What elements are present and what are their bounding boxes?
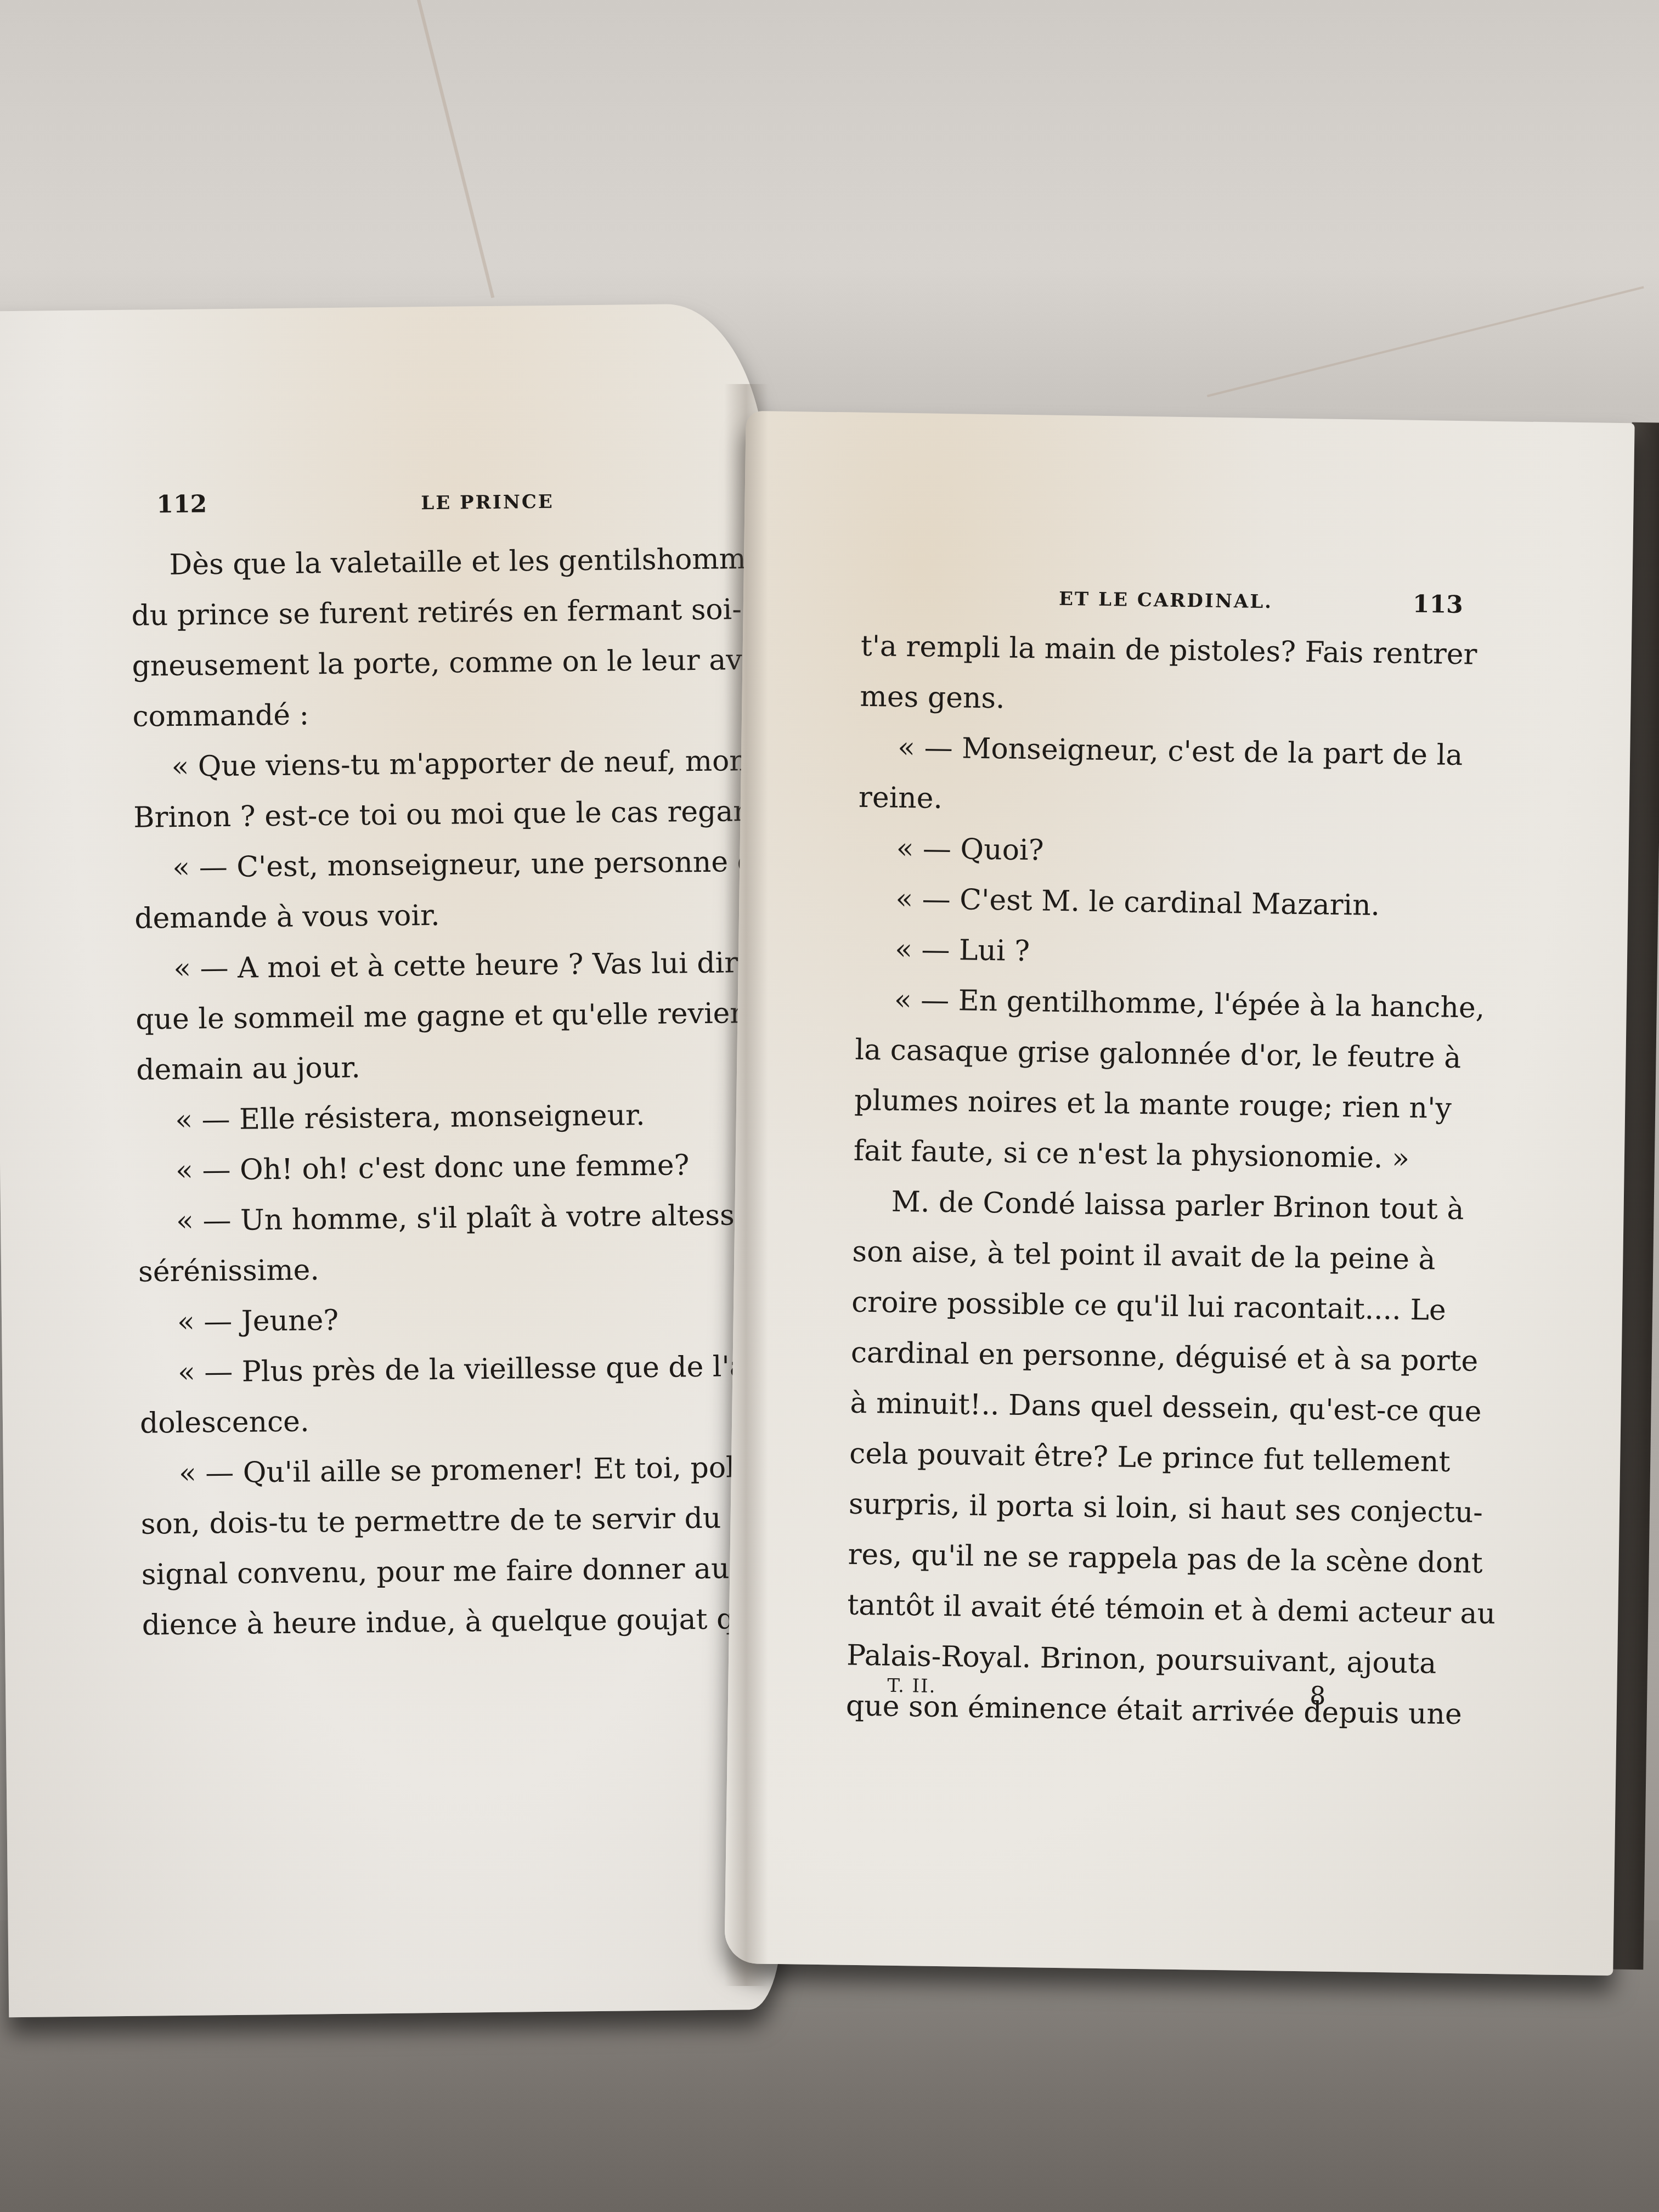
- text-line: que son éminence était arrivée depuis un…: [845, 1681, 1592, 1742]
- text-line: dience à heure indue, à quelque goujat q…: [142, 1594, 757, 1651]
- text-line: « Que viens-tu m'apporter de neuf, mon: [133, 736, 748, 793]
- text-line: « — Oh! oh! c'est donc une femme?: [137, 1139, 752, 1197]
- text-line: « — Qu'il aille se promener! Et toi, pol…: [140, 1442, 755, 1499]
- text-line: « — Elle résistera, monseigneur.: [137, 1089, 752, 1146]
- page-number: 113: [1413, 590, 1464, 619]
- text-line: Brinon ? est-ce toi ou moi que le cas re…: [133, 786, 748, 843]
- running-head: ET LE CARDINAL.: [1059, 588, 1273, 613]
- marble-vein: [417, 0, 494, 298]
- text-body: t'a rempli la main de pistoles? Fais ren…: [845, 621, 1607, 1742]
- marble-vein: [1207, 286, 1644, 397]
- left-page: 112 LE PRINCE Dès que la valetaille et l…: [0, 303, 782, 2018]
- text-line: « — A moi et à cette heure ? Vas lui dir…: [135, 938, 750, 995]
- text-line: « — C'est, monseigneur, une personne qui: [134, 837, 749, 894]
- text-line: que le sommeil me gagne et qu'elle revie…: [136, 988, 751, 1045]
- text-line: « — Plus près de la vieillesse que de l'…: [139, 1341, 754, 1398]
- text-line: gneusement la porte, comme on le leur av…: [132, 635, 747, 692]
- right-page: ET LE CARDINAL. 113 t'a rempli la main d…: [724, 411, 1634, 1976]
- text-line: demain au jour.: [136, 1039, 751, 1096]
- text-line: du prince se furent retirés en fermant s…: [131, 584, 746, 641]
- text-line: dolescence.: [140, 1392, 755, 1449]
- text-line: « — Monseigneur, c'est de la part de la: [859, 722, 1606, 783]
- text-line: sérénissime.: [138, 1240, 753, 1297]
- text-line: Dès que la valetaille et les gentilshomm…: [131, 534, 746, 591]
- text-line: « — Un homme, s'il plaît à votre altesse: [138, 1190, 753, 1247]
- page-number: 112: [156, 490, 207, 518]
- volume-signature: T. II.: [887, 1675, 936, 1697]
- text-line: commandé :: [132, 685, 747, 742]
- book-gutter: [724, 384, 768, 1986]
- text-line: « — Jeune?: [139, 1291, 754, 1348]
- text-line: son, dois-tu te permettre de te servir d…: [140, 1493, 755, 1550]
- gathering-number: 8: [1310, 1680, 1326, 1710]
- running-head: LE PRINCE: [421, 491, 554, 515]
- text-line: signal convenu, pour me faire donner au-: [141, 1543, 756, 1600]
- text-body: Dès que la valetaille et les gentilshomm…: [131, 534, 757, 1651]
- text-line: demande à vous voir.: [134, 887, 749, 944]
